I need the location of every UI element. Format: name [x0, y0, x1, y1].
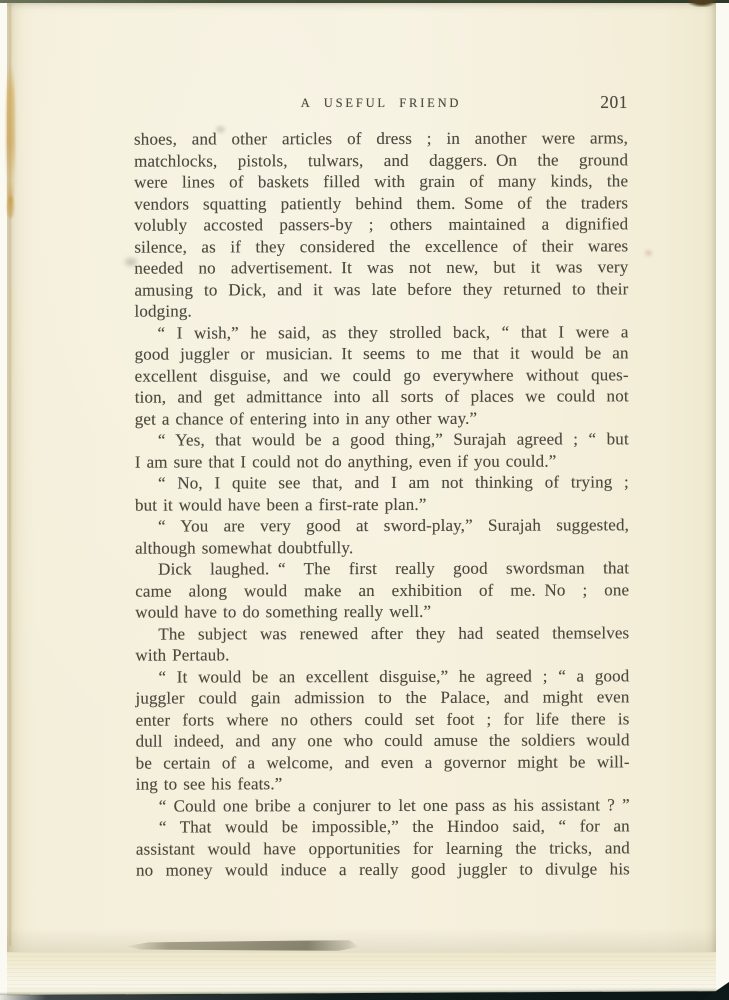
text-line: Dick laughed. “ The first really good sw…: [135, 557, 629, 580]
running-title: A USEFUL FRIEND: [134, 96, 628, 111]
text-line: juggler could gain admission to the Pala…: [135, 686, 629, 709]
text-line: “ I wish,” he said, as they strolled bac…: [135, 321, 629, 344]
text-line: shoes, and other articles of dress ; in …: [134, 127, 628, 150]
page-edge-stack: [7, 952, 716, 996]
text-line: ing to see his feats.”: [136, 772, 630, 795]
text-line: get a chance of entering into in any oth…: [135, 407, 629, 430]
text-line: “ Yes, that would be a good thing,” Sura…: [135, 428, 629, 451]
text-line: matchlocks, pistols, tulwars, and dagger…: [134, 149, 628, 172]
scan-top-edge: [0, 0, 729, 3]
text-line: assistant would have opportunities for l…: [136, 837, 630, 860]
paper-speck: [645, 250, 652, 256]
paragraph: “ That would be impossible,” the Hindoo …: [136, 815, 630, 881]
text-line: would have to do something really well.”: [135, 600, 629, 623]
text-line: The subject was renewed after they had s…: [135, 622, 629, 645]
paragraph: The subject was renewed after they had s…: [135, 622, 629, 666]
text-line: tion, and get admittance into all sorts …: [135, 385, 629, 408]
text-line: volubly accosted passers-by ; others mai…: [134, 213, 628, 236]
text-line: dull indeed, and any one who could amuse…: [136, 729, 630, 752]
paragraph: “ No, I quite see that, and I am not thi…: [135, 471, 629, 515]
text-line: “ No, I quite see that, and I am not thi…: [135, 471, 629, 494]
text-line: “ It would be an excellent disguise,” he…: [135, 665, 629, 688]
text-line: I am sure that I could not do anything, …: [135, 450, 629, 473]
text-line: although somewhat doubtfully.: [135, 536, 629, 559]
text-line: came along would make an exhibition of m…: [135, 579, 629, 602]
paragraph: shoes, and other articles of dress ; in …: [134, 127, 629, 322]
text-line: lodging.: [134, 299, 628, 322]
text-line: be certain of a welcome, and even a gove…: [136, 751, 630, 774]
scan-top-right-mark: [687, 0, 717, 7]
paragraph: “ I wish,” he said, as they strolled bac…: [135, 321, 629, 430]
gutter-stain: [6, 62, 15, 210]
text-line: with Pertaub.: [135, 643, 629, 666]
text-line: vendors squatting patiently behind them.…: [134, 192, 628, 215]
text-line: enter forts where no others could set fo…: [136, 708, 630, 731]
page-curve-shadow: [7, 928, 716, 952]
page-body: shoes, and other articles of dress ; in …: [134, 127, 630, 881]
text-line: but it would have been a first-rate plan…: [135, 493, 629, 516]
book-page-scan: A USEFUL FRIEND 201 shoes, and other art…: [0, 0, 729, 1000]
text-line: good juggler or musician. It seems to me…: [135, 342, 629, 365]
paragraph: “ It would be an excellent disguise,” he…: [135, 665, 629, 795]
page-header: A USEFUL FRIEND 201: [134, 92, 628, 114]
text-line: silence, as if they considered the excel…: [134, 235, 628, 258]
text-line: amusing to Dick, and it was late before …: [134, 278, 628, 301]
page-number: 201: [600, 92, 628, 113]
paragraph: “ Could one bribe a conjurer to let one …: [136, 794, 630, 817]
text-line: needed no advertisement. It was not new,…: [134, 256, 628, 279]
paragraph: Dick laughed. “ The first really good sw…: [135, 557, 629, 623]
text-line: no money would induce a really good jugg…: [136, 858, 630, 881]
text-line: excellent disguise, and we could go ever…: [135, 364, 629, 387]
paragraph: “ You are very good at sword-play,” Sura…: [135, 514, 629, 558]
text-line: “ You are very good at sword-play,” Sura…: [135, 514, 629, 537]
text-line: were lines of baskets filled with grain …: [134, 170, 628, 193]
gutter-stain-small: [7, 196, 14, 218]
paragraph: “ Yes, that would be a good thing,” Sura…: [135, 428, 629, 472]
text-line: “ Could one bribe a conjurer to let one …: [136, 794, 630, 817]
text-line: “ That would be impossible,” the Hindoo …: [136, 815, 630, 838]
